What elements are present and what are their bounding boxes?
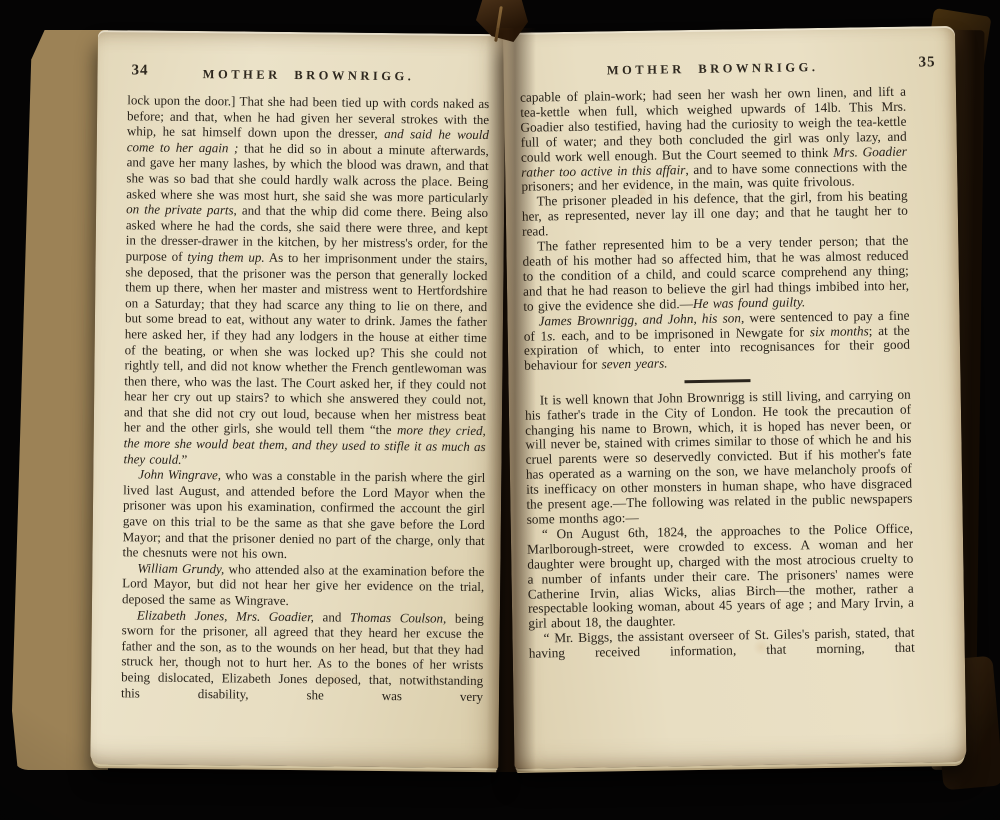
running-header-left: MOTHER BROWNRIGG.: [203, 67, 415, 83]
open-book: 34 MOTHER BROWNRIGG. lock upon the door.…: [0, 0, 1000, 820]
paragraph: capable of plain-work; had seen her wash…: [520, 85, 908, 195]
paragraph: John Wingrave, who was a constable in th…: [122, 467, 485, 564]
paragraph: William Grundy, who attended also at the…: [122, 560, 484, 611]
left-page: 34 MOTHER BROWNRIGG. lock upon the door.…: [90, 30, 506, 768]
page-number-left: 34: [131, 62, 148, 79]
photo-background: { "book": { "colors": { "background": "#…: [0, 0, 1000, 820]
paragraph: It is well known that John Brownrigg is …: [525, 387, 913, 527]
left-header-row: 34 MOTHER BROWNRIGG.: [127, 64, 489, 86]
left-page-content: 34 MOTHER BROWNRIGG. lock upon the door.…: [90, 30, 506, 768]
right-page-body: capable of plain-work; had seen her wash…: [520, 85, 915, 662]
section-divider: [684, 379, 750, 383]
right-header-row: MOTHER BROWNRIGG. 35: [519, 57, 905, 81]
right-page: MOTHER BROWNRIGG. 35 capable of plain-wo…: [503, 26, 967, 769]
paragraph: lock upon the door.] That she had been t…: [123, 92, 489, 470]
paragraph: “ On August 6th, 1824, the approaches to…: [527, 521, 915, 631]
right-page-content: MOTHER BROWNRIGG. 35 capable of plain-wo…: [503, 26, 967, 769]
left-page-body: lock upon the door.] That she had been t…: [121, 92, 489, 704]
paragraph: James Brownrigg, and John, his son, were…: [523, 308, 910, 374]
running-header-right: MOTHER BROWNRIGG.: [607, 60, 819, 77]
paragraph: “ Mr. Biggs, the assistant overseer of S…: [528, 626, 914, 662]
paragraph: The father represented him to be a very …: [522, 234, 909, 315]
paragraph: The prisoner pleaded in his defence, tha…: [522, 189, 909, 240]
paragraph: Elizabeth Jones, Mrs. Goadier, and Thoma…: [121, 607, 484, 704]
page-number-right: 35: [918, 54, 935, 71]
